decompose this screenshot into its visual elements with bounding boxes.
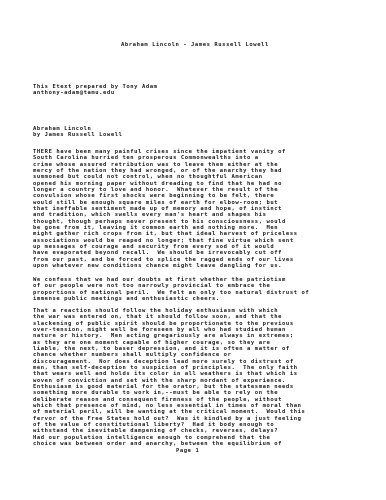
document-page: Abraham Lincoln - James Russell Lowell T…	[0, 0, 386, 500]
etext-preparer-credit: This Etext prepared by Tony Adam anthony…	[33, 84, 158, 97]
page-number: Page 1	[176, 448, 199, 454]
body-paragraph: That a reaction should follow the holida…	[33, 308, 305, 447]
document-title: Abraham Lincoln by James Russell Lowell	[33, 126, 123, 139]
body-paragraph: We confess that we had our doubts at fir…	[33, 277, 309, 302]
body-paragraph: THERE have been many painful crises sinc…	[33, 149, 298, 269]
running-header-title: Abraham Lincoln - James Russell Lowell	[121, 42, 269, 48]
